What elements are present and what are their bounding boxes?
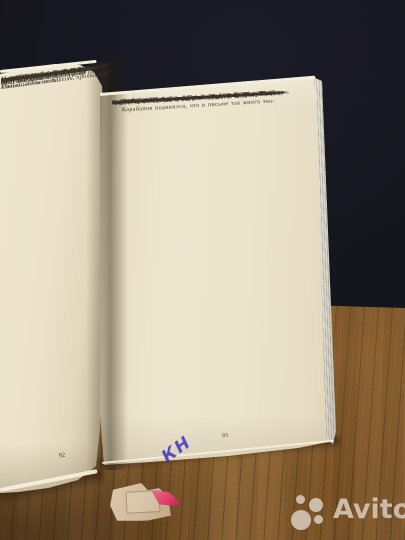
avito-logo bbox=[291, 494, 328, 532]
book-photo: след бешено прыгающей поместника уже вст… bbox=[0, 0, 405, 540]
avito-logo-circle bbox=[309, 498, 323, 512]
avito-watermark: Avito bbox=[291, 492, 405, 534]
avito-logo-circle bbox=[291, 510, 311, 530]
right-page bbox=[98, 74, 338, 470]
avito-logo-circle bbox=[314, 515, 323, 524]
gutter-shadow bbox=[86, 62, 128, 470]
avito-logo-circle bbox=[296, 495, 305, 504]
avito-wordmark: Avito bbox=[333, 494, 405, 525]
